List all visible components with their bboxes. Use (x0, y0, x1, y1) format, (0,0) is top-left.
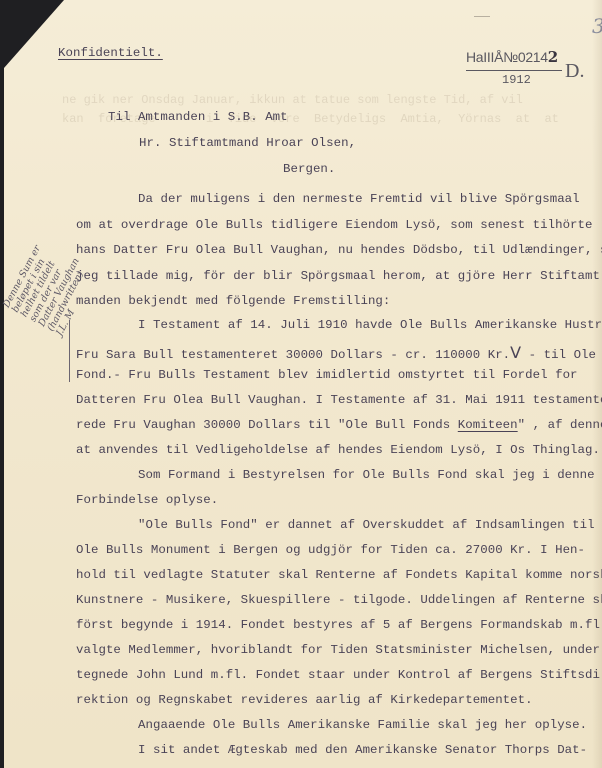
body-line: Forbindelse oplyse. (76, 493, 218, 507)
body-text: " , af denne (518, 418, 602, 432)
pencil-mark (474, 16, 490, 17)
confidential-label: Konfidentielt. (58, 46, 163, 60)
body-line: Fond.- Fru Bulls Testament blev imidlert… (76, 368, 578, 382)
archive-stamp: HaIIIÅ№02142 1912 D. (466, 48, 584, 90)
body-line: at anvendes til Vedligeholdelse af hende… (76, 443, 602, 457)
body-line: I sit andet Ægteskab med den Amerikanske… (138, 743, 587, 757)
body-line: hold til vedlagte Statuter skal Renterne… (76, 568, 602, 582)
checkmark-annotation: V (510, 343, 521, 362)
stamp-year: 1912 (502, 73, 531, 87)
body-line: Kunstnere - Musikere, Skuespillere - til… (76, 593, 602, 607)
body-line: Fru Sara Bull testamenteret 30000 Dollar… (76, 343, 602, 362)
bleed-through-line: ne gik ner Onsdag Januar, ikkun at tatue… (62, 93, 523, 107)
body-line: valgte Medlemmer, hvoriblandt for Tiden … (76, 643, 602, 657)
body-line: Da der muligens i den nermeste Fremtid v… (138, 192, 580, 206)
body-line: Datteren Fru Olea Bull Vaughan. I Testam… (76, 393, 602, 407)
body-line: om at overdrage Ole Bulls tidligere Eien… (76, 218, 593, 232)
underlined-word: Komiteen (458, 418, 518, 432)
body-line: först begynde i 1914. Fondet bestyres af… (76, 618, 602, 632)
stamp-number: HaIIIÅ№02142 (466, 48, 558, 66)
body-line: rede Fru Vaughan 30000 Dollars til "Ole … (76, 418, 602, 432)
address-city: Bergen. (283, 162, 335, 176)
body-line: rektion og Regnskabet revideres aarlig a… (76, 693, 533, 707)
stamp-digits: 0214 (518, 49, 548, 65)
body-text: Fru Sara Bull testamenteret 30000 Dollar… (76, 348, 510, 362)
body-line: tegnede John Lund m.fl. Fondet staar und… (76, 668, 602, 682)
stamp-suffix: D. (565, 60, 584, 83)
body-line: Som Formand i Bestyrelsen for Ole Bulls … (138, 468, 595, 482)
body-line: I Testament af 14. Juli 1910 havde Ole B… (138, 318, 602, 332)
address-line: Til Amtmanden i S.B. Amt (108, 110, 288, 124)
body-text: rede Fru Vaughan 30000 Dollars til "Ole … (76, 418, 458, 432)
body-text: - til Ole Bulls (521, 348, 602, 362)
body-line: jeg tillade mig, för der blir Spörgsmaal… (76, 269, 602, 283)
page-number: 3 (592, 14, 602, 38)
body-line: Ole Bulls Monument i Bergen og udgjör fo… (76, 543, 585, 557)
document-page: 3 Konfidentielt. HaIIIÅ№02142 1912 D. ne… (4, 0, 602, 768)
body-line: hans Datter Fru Olea Bull Vaughan, nu he… (76, 243, 602, 257)
margin-pencil-line (69, 320, 70, 382)
stamp-rule (466, 70, 562, 71)
body-line: "Ole Bulls Fond" er dannet af Overskudde… (138, 518, 595, 532)
stamp-prefix: HaIIIÅ№ (466, 49, 518, 65)
body-line: manden bekjendt med fölgende Fremstillin… (76, 294, 390, 308)
body-line: Angaaende Ole Bulls Amerikanske Familie … (138, 718, 587, 732)
address-line: Hr. Stiftamtmand Hroar Olsen, (139, 136, 356, 150)
stamp-handwritten-digit: 2 (548, 48, 558, 66)
